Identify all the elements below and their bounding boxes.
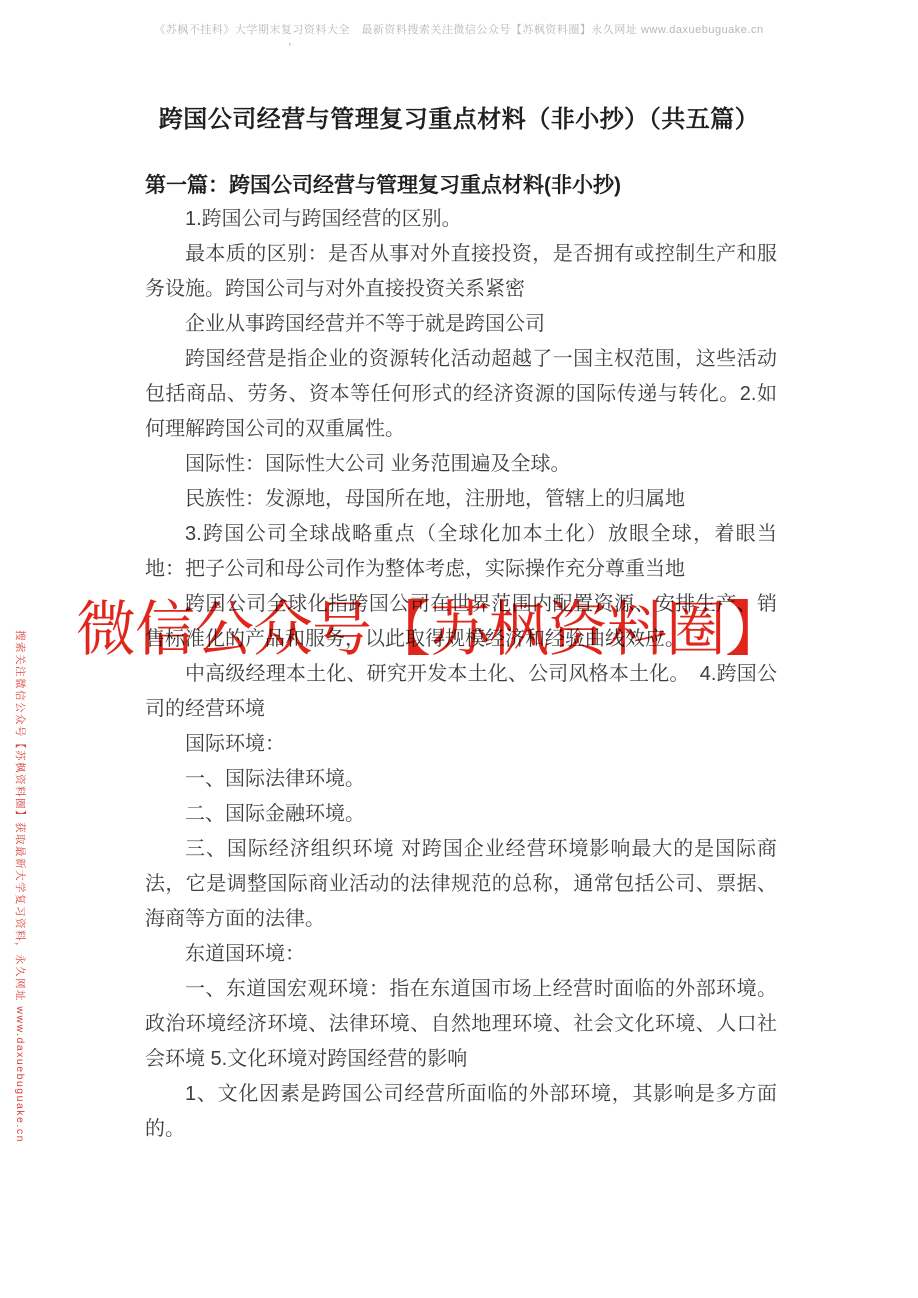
sidebar-vertical-watermark: 搜索关注微信公众号【苏枫资料圈】获取最新大学复习资料，永久网址 www.daxu… [13,630,28,1143]
paragraph: 1、文化因素是跨国公司经营所面临的外部环境，其影响是多方面的。 [145,1077,777,1147]
paragraph: 一、国际法律环境。 [145,762,777,797]
paragraph: 跨国经营是指企业的资源转化活动超越了一国主权范围，这些活动包括商品、劳务、资本等… [145,342,777,447]
paragraph: 三、国际经济组织环境 对跨国企业经营环境影响最大的是国际商法，它是调整国际商业活… [145,832,777,937]
paragraph: 最本质的区别：是否从事对外直接投资，是否拥有或控制生产和服务设施。跨国公司与对外… [145,237,777,307]
paragraph: 国际性：国际性大公司 业务范围遍及全球。 [145,447,777,482]
document-page: 《苏枫不挂科》大学期末复习资料大全 最新资料搜索关注微信公众号【苏枫资料圈】永久… [0,0,918,1298]
paragraph: 1.跨国公司与跨国经营的区别。 [145,202,777,237]
paragraph: 国际环境： [145,727,777,762]
paragraph: 中高级经理本土化、研究开发本土化、公司风格本土化。 4.跨国公司的经营环境 [145,657,777,727]
paragraph: 3.跨国公司全球战略重点（全球化加本土化）放眼全球，着眼当地：把子公司和母公司作… [145,517,777,587]
paragraph: 企业从事跨国经营并不等于就是跨国公司 [145,307,777,342]
section-heading: 第一篇：跨国公司经营与管理复习重点材料(非小抄) [145,169,621,199]
document-body: 1.跨国公司与跨国经营的区别。 最本质的区别：是否从事对外直接投资，是否拥有或控… [145,202,777,1147]
paragraph: 东道国环境： [145,937,777,972]
header-watermark-text: 《苏枫不挂科》大学期末复习资料大全 最新资料搜索关注微信公众号【苏枫资料圈】永久… [154,24,763,36]
document-title: 跨国公司经营与管理复习重点材料（非小抄）（共五篇） [0,99,918,134]
page-header: 《苏枫不挂科》大学期末复习资料大全 最新资料搜索关注微信公众号【苏枫资料圈】永久… [0,21,918,37]
paragraph: 跨国公司全球化指跨国公司在世界范围内配置资源、安排生产、销售标准化的产品和服务，… [145,587,777,657]
stray-comma-mark: ， [288,32,299,48]
paragraph: 二、国际金融环境。 [145,797,777,832]
paragraph: 民族性：发源地，母国所在地，注册地，管辖上的归属地 [145,482,777,517]
paragraph: 一、东道国宏观环境：指在东道国市场上经营时面临的外部环境。政治环境经济环境、法律… [145,972,777,1077]
